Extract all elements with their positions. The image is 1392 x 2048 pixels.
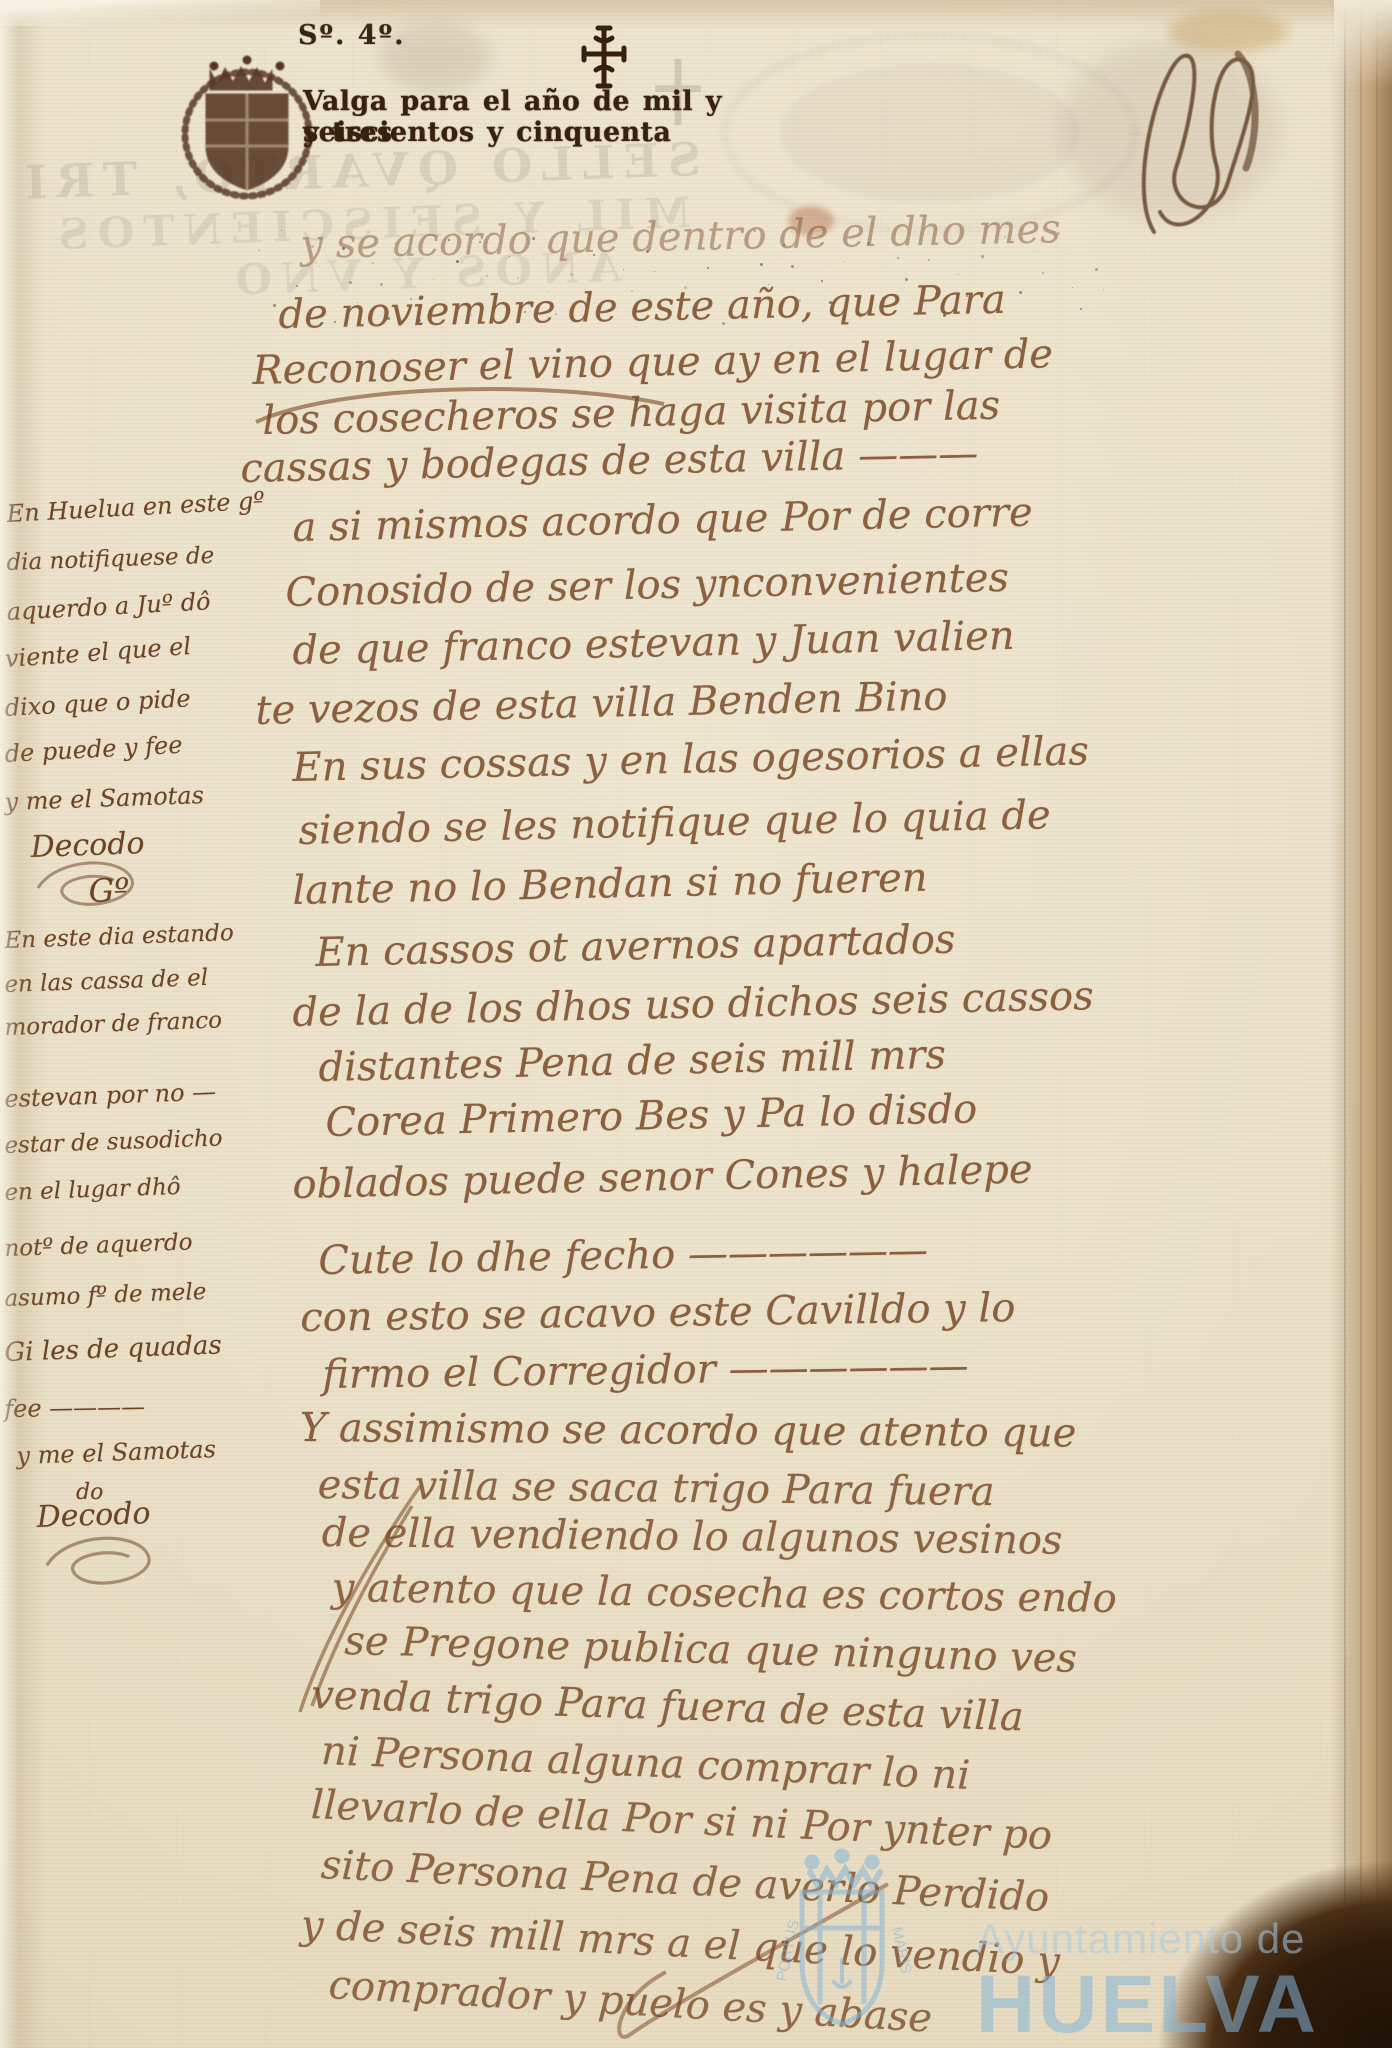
manuscript-line: oblados puede senor Cones y halepe	[292, 1146, 1033, 1207]
ink-speckle	[517, 277, 519, 279]
manuscript-line: con esto se acavo este Cavilldo y lo	[300, 1285, 1016, 1341]
manuscript-line: En cassos ot avernos apartados	[315, 917, 956, 976]
manuscript-line: de la de los dhos uso dichos seis cassos	[292, 973, 1094, 1036]
margin-note: Decodo	[30, 826, 145, 865]
watermark-city-name: HUELVA	[976, 1964, 1319, 2046]
ink-speckle	[654, 271, 655, 272]
margin-note: y me el Samotas	[16, 1435, 216, 1470]
manuscript-line: Cute lo dhe fecho ——————	[318, 1227, 928, 1284]
ink-speckle	[791, 265, 794, 268]
ink-speckle	[281, 230, 282, 231]
manuscript-line: Conosido de ser los ynconvenientes	[285, 555, 1009, 616]
ink-speckle	[1095, 268, 1098, 271]
ink-speckle	[1072, 287, 1073, 288]
manuscript-line: venda trigo Para fuera de esta villa	[311, 1672, 1025, 1740]
top-left-page-edge	[0, 0, 320, 26]
watermark-org-name: Ayuntamiento de	[976, 1918, 1319, 1960]
ink-speckle	[296, 285, 298, 287]
ink-speckle	[1019, 291, 1022, 294]
ink-speckle	[258, 249, 260, 251]
margin-note: Decodo	[36, 1496, 151, 1535]
ink-speckle	[380, 283, 383, 286]
manuscript-line: de que franco estevan y Juan valien	[292, 613, 1015, 674]
ink-speckle	[486, 275, 488, 277]
ink-speckle	[760, 263, 763, 266]
ink-speckle	[958, 274, 959, 275]
manuscript-line: firmo el Corregidor ——————	[322, 1343, 969, 1398]
ink-speckle	[1080, 308, 1082, 310]
ink-speckle	[1065, 253, 1066, 254]
manuscript-line: Corea Primero Bes y Pa lo disdo	[325, 1086, 978, 1146]
manuscript-line: siendo se les notifique que lo quia de	[298, 792, 1051, 854]
cross-ornament-icon	[578, 22, 630, 92]
manuscript-line: esta villa se saca trigo Para fuera	[318, 1462, 995, 1515]
margin-note: Gº	[88, 871, 130, 910]
ink-speckle	[250, 228, 251, 229]
shield-motto-left: PORTUS	[773, 1918, 803, 1982]
manuscript-line: a si mismos acordo que Por de corre	[292, 489, 1033, 550]
manuscript-line: te vezos de esta villa Benden Bino	[255, 674, 948, 734]
book-binding-edge-top	[1334, 0, 1392, 90]
ink-speckle	[349, 281, 352, 284]
ink-speckle	[844, 261, 845, 262]
ink-speckle	[273, 304, 276, 307]
printed-header-line2: y tres	[303, 117, 393, 148]
manuscript-line: distantes Pena de seis mill mrs	[318, 1032, 946, 1091]
ink-speckle	[928, 259, 930, 261]
ink-speckle	[433, 279, 434, 280]
manuscript-line: y atento que la cosecha es cortos endo	[331, 1565, 1117, 1622]
manuscript-line: lante no lo Bendan si no fueren	[292, 855, 928, 914]
shield-motto-right: MARIS	[888, 1925, 915, 1975]
ink-speckle	[981, 255, 984, 258]
manuscript-line: de ella vendiendo lo algunos vesinos	[322, 1510, 1063, 1564]
printed-header-line1: Valga para el año de mil y seiscientos y…	[303, 86, 903, 148]
archive-watermark: PORTUS MARIS Ayuntamiento de HUELVA	[742, 1832, 1319, 2047]
manuscript-line: Y assimismo se acordo que atento que	[300, 1405, 1077, 1456]
ink-speckle	[1103, 289, 1104, 290]
pen-rubric-icon	[1118, 36, 1288, 251]
manuscript-page: SELLO QVARTO, TRI MIL Y SEISCIENTOS ANOS…	[0, 0, 1392, 2048]
huelva-shield-icon: PORTUS MARIS	[742, 1832, 942, 2047]
manuscript-line: se Pregone publica que ninguno ves	[344, 1618, 1078, 1682]
ink-speckle	[897, 257, 899, 259]
left-page-crease	[0, 0, 46, 2048]
manuscript-line: En sus cossas y en las ogesorios a ellas	[292, 728, 1089, 791]
ink-speckle	[707, 267, 709, 269]
book-binding-edge	[1330, 0, 1392, 2048]
ink-speckle	[623, 269, 624, 270]
ink-speckle	[570, 273, 573, 276]
ink-speckle	[1042, 272, 1044, 274]
